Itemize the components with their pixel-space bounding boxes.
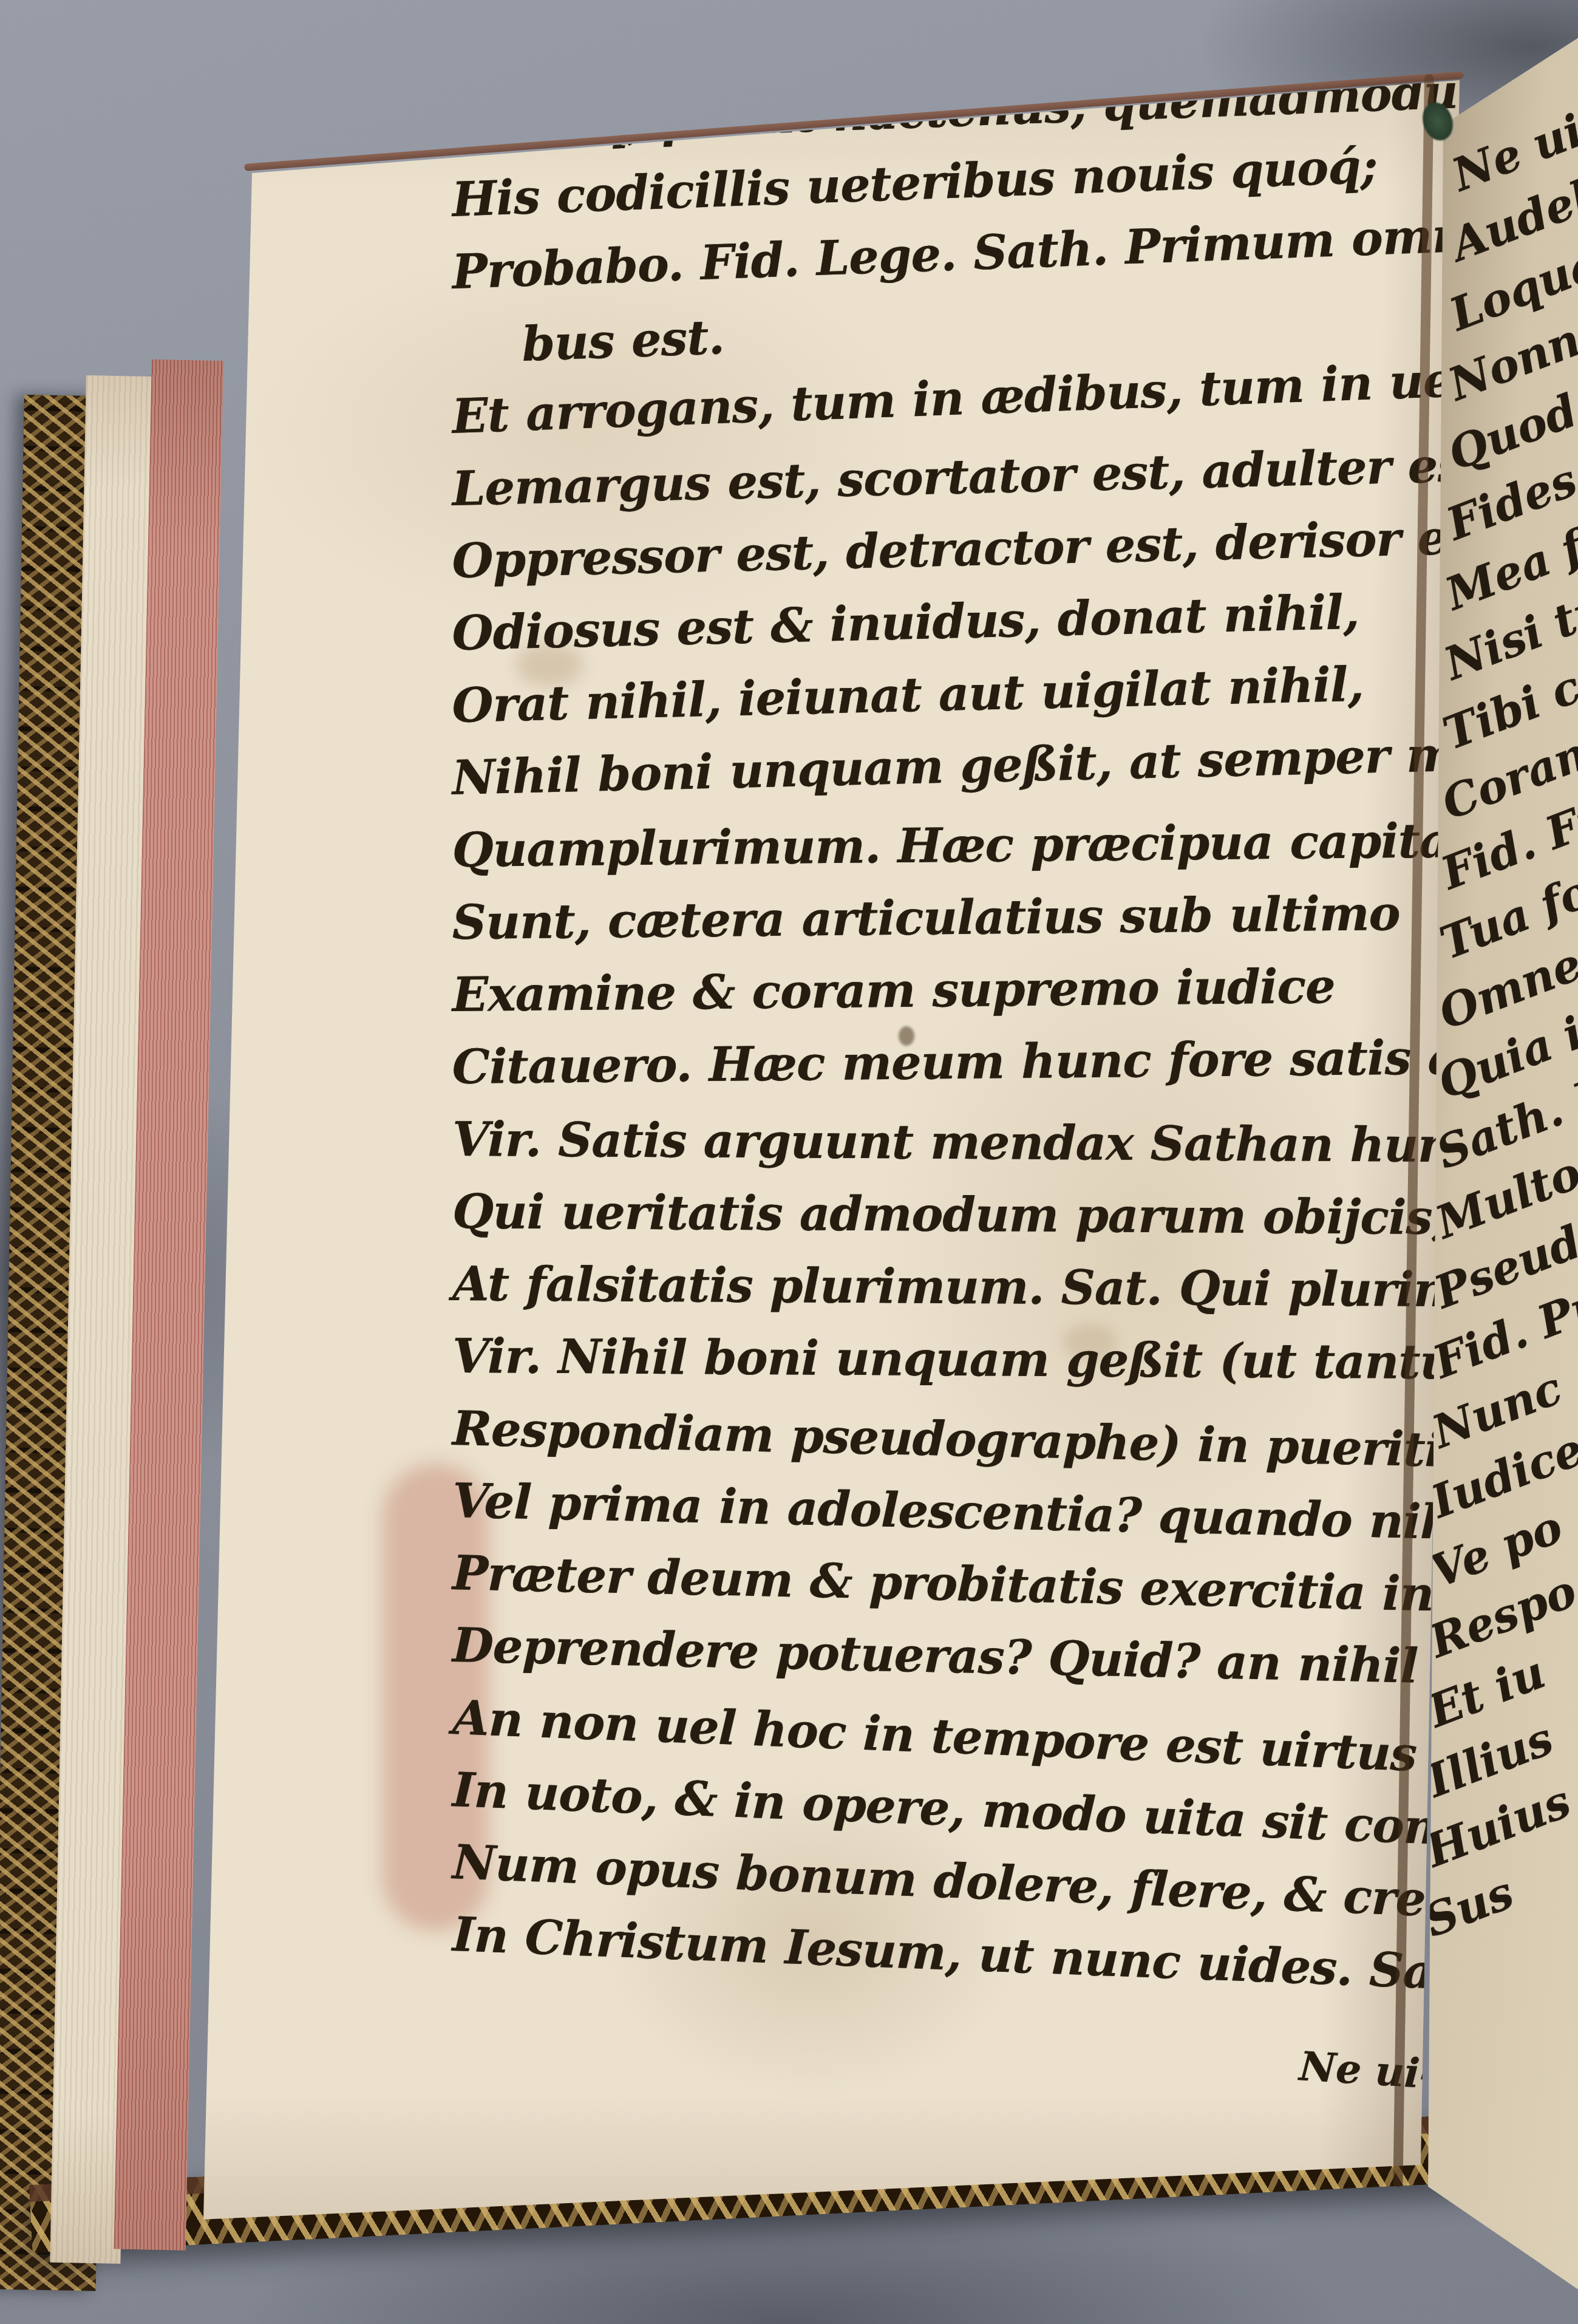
text-line: Examine & coram supremo iudice <box>452 956 1578 1040</box>
catchword: Ne ui- <box>1298 2042 1438 2098</box>
text-line: Quamplurimum. Hæc præcipua capita crimin… <box>452 812 1578 895</box>
edge-text-fragment: Sus <box>1418 1866 1521 1947</box>
photo-scene: Meisq́; psruit hactenus, quemadmodum His… <box>0 0 1578 2324</box>
left-page: Meisq́; psruit hactenus, quemadmodum His… <box>200 36 1475 2247</box>
text-line: Sunt, cætera articulatius sub ultimo <box>452 884 1578 967</box>
